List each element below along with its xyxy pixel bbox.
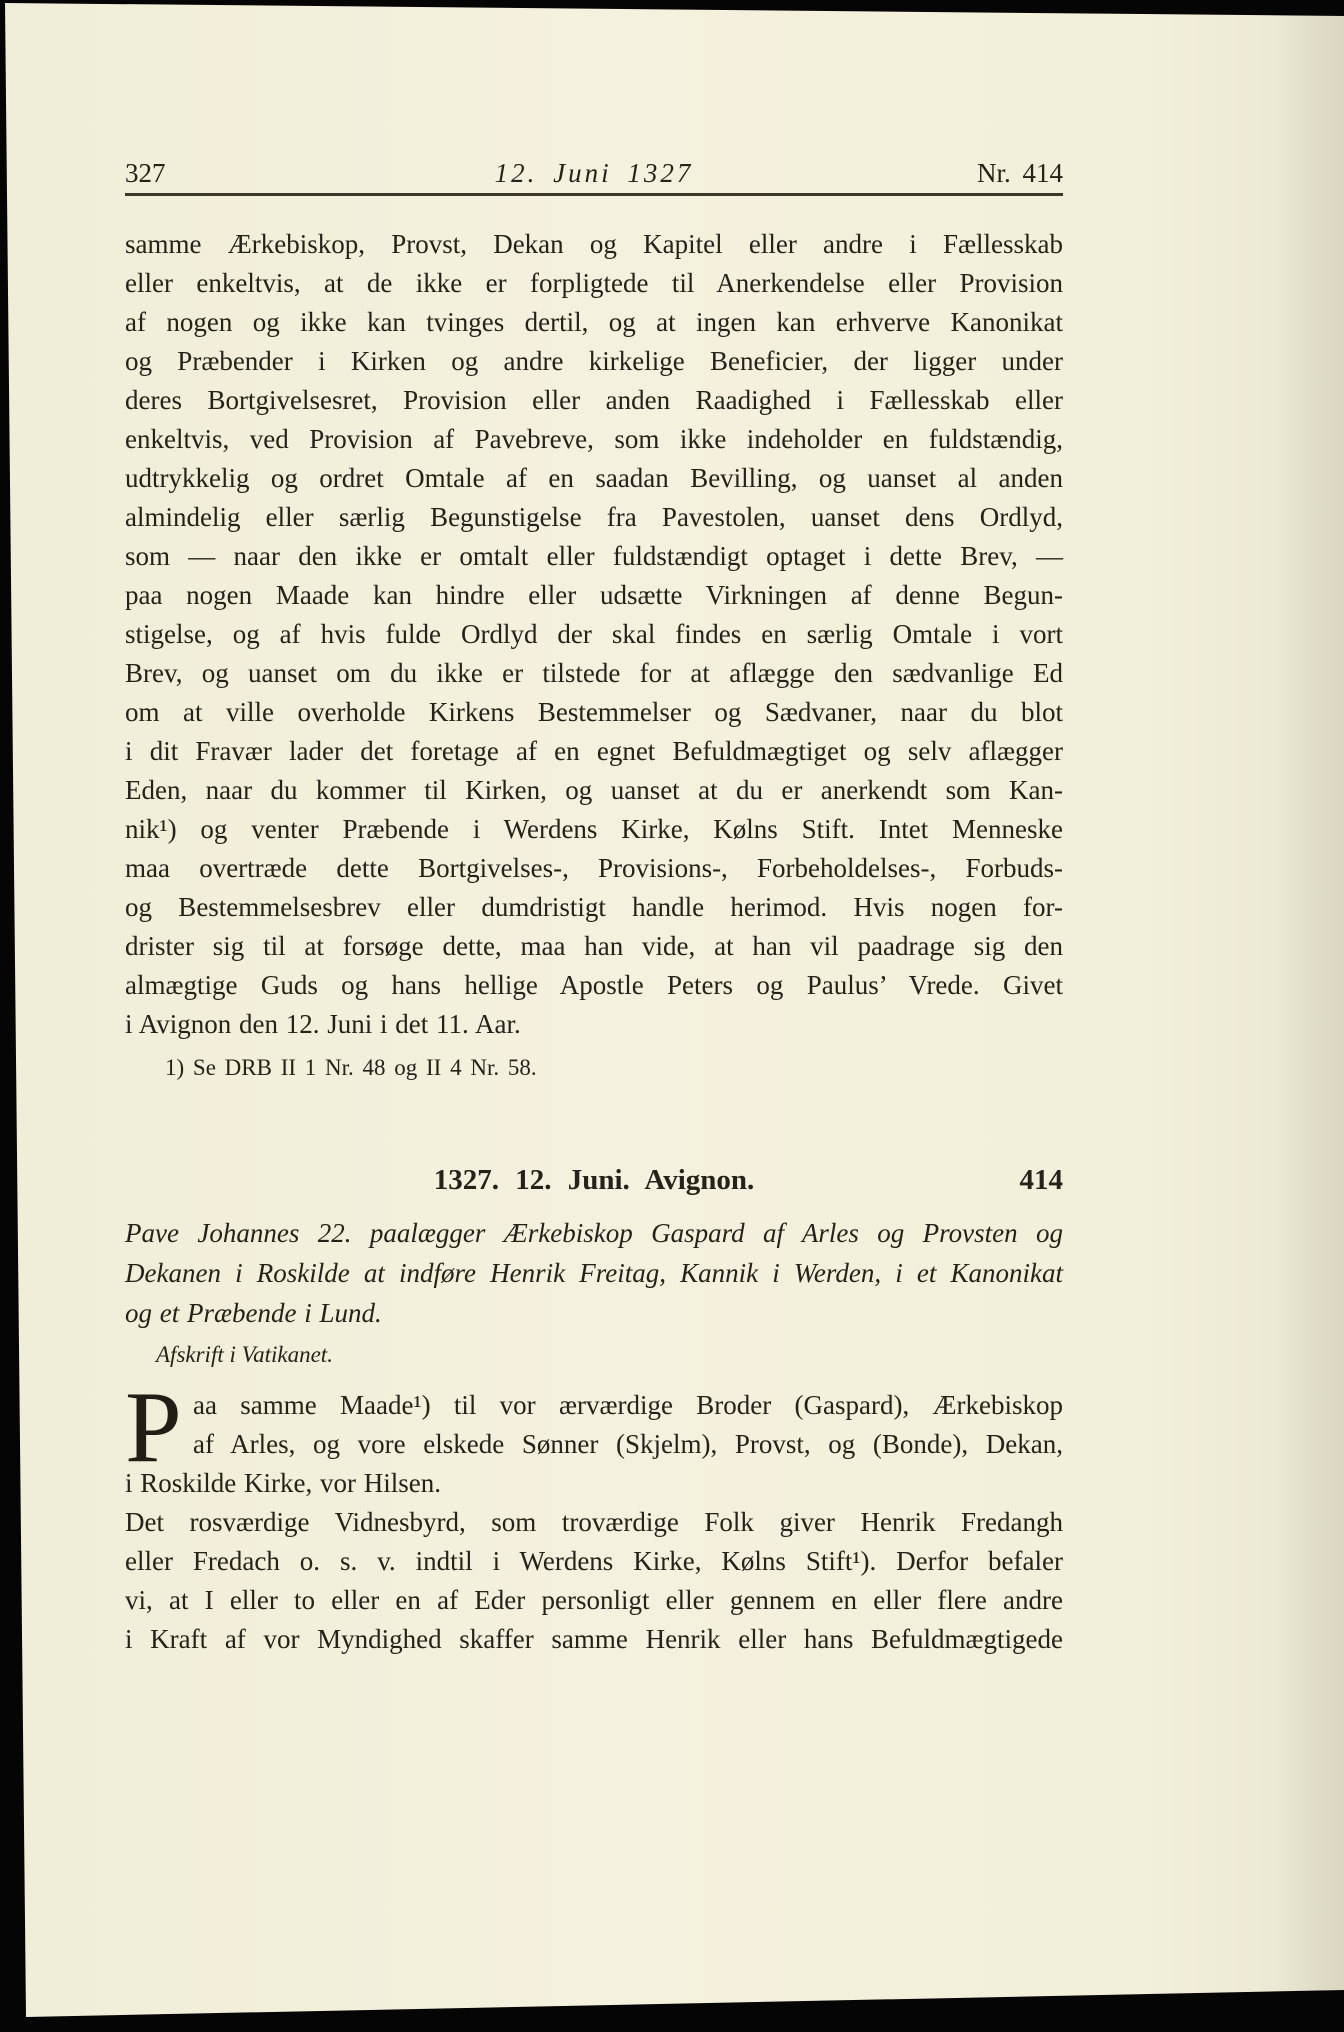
entry-summary: Pave Johannes 22. paalægger Ærkebiskop G… [125,1213,1063,1333]
footnote: 1) Se DRB II 1 Nr. 48 og II 4 Nr. 58. [125,1053,1063,1083]
text-line: nik¹) og venter Præbende i Werdens Kirke… [125,810,1063,849]
entry-heading: 1327. 12. Juni. Avignon. [125,1163,1063,1197]
entry-paragraph-2: Det rosværdige Vidnesbyrd, som troværdig… [125,1503,1063,1659]
text-line: samme Ærkebiskop, Provst, Dekan og Kapit… [125,225,1063,264]
text-line: deres Bortgivelsesret, Provision eller a… [125,381,1063,420]
text-line: i Roskilde Kirke, vor Hilsen. [125,1464,1063,1503]
running-header: 327 12. Juni 1327 Nr. 414 [125,158,1063,196]
text-line: maa overtræde dette Bortgivelses-, Provi… [125,849,1063,888]
header-entry-number: Nr. 414 [863,158,1063,188]
text-line: i Kraft af vor Myndighed skaffer samme H… [125,1620,1063,1659]
text-line: almindelig eller særlig Begunstigelse fr… [125,498,1063,537]
text-line: aa samme Maade¹) til vor ærværdige Brode… [125,1386,1063,1425]
text-column: 327 12. Juni 1327 Nr. 414 samme Ærkebisk… [125,0,1063,1659]
header-date: 12. Juni 1327 [495,158,694,188]
summary-line: Dekanen i Roskilde at indføre Henrik Fre… [125,1253,1063,1293]
text-line: om at ville overholde Kirkens Bestemmels… [125,693,1063,732]
text-line: udtrykkelig og ordret Omtale af en saada… [125,459,1063,498]
main-paragraph: samme Ærkebiskop, Provst, Dekan og Kapit… [125,225,1063,1044]
text-line: og Præbender i Kirken og andre kirkelige… [125,342,1063,381]
text-line: almægtige Guds og hans hellige Apostle P… [125,966,1063,1005]
text-line: Eden, naar du kommer til Kirken, og uans… [125,771,1063,810]
entry-heading-row: 1327. 12. Juni. Avignon. 414 [125,1163,1063,1199]
summary-line: og et Præbende i Lund. [125,1293,1063,1333]
text-line: som — naar den ikke er omtalt eller fuld… [125,537,1063,576]
text-line: Brev, og uanset om du ikke er tilstede f… [125,654,1063,693]
text-line: i dit Fravær lader det foretage af en eg… [125,732,1063,771]
page-number: 327 [125,158,325,188]
text-line: enkeltvis, ved Provision af Pavebreve, s… [125,420,1063,459]
text-line: vi, at I eller to eller en af Eder perso… [125,1581,1063,1620]
entry-number: 414 [1020,1163,1064,1197]
text-line: eller Fredach o. s. v. indtil i Werdens … [125,1542,1063,1581]
page-edge-shadow [1272,0,1344,2032]
entry-paragraph-1: P aa samme Maade¹) til vor ærværdige Bro… [125,1386,1063,1503]
summary-line: Pave Johannes 22. paalægger Ærkebiskop G… [125,1213,1063,1253]
source-note: Afskrift i Vatikanet. [125,1340,1063,1370]
text-line: og Bestemmelsesbrev eller dumdristigt ha… [125,888,1063,927]
text-line: stigelse, og af hvis fulde Ordlyd der sk… [125,615,1063,654]
text-line: i Avignon den 12. Juni i det 11. Aar. [125,1005,1063,1044]
text-line: Det rosværdige Vidnesbyrd, som troværdig… [125,1503,1063,1542]
text-line: af nogen og ikke kan tvinges dertil, og … [125,303,1063,342]
text-line: eller enkeltvis, at de ikke er forpligte… [125,264,1063,303]
text-line: drister sig til at forsøge dette, maa ha… [125,927,1063,966]
text-line: paa nogen Maade kan hindre eller udsætte… [125,576,1063,615]
drop-cap-initial: P [125,1386,182,1464]
scanned-page: 327 12. Juni 1327 Nr. 414 samme Ærkebisk… [0,0,1344,2032]
text-line: af Arles, og vore elskede Sønner (Skjelm… [125,1425,1063,1464]
